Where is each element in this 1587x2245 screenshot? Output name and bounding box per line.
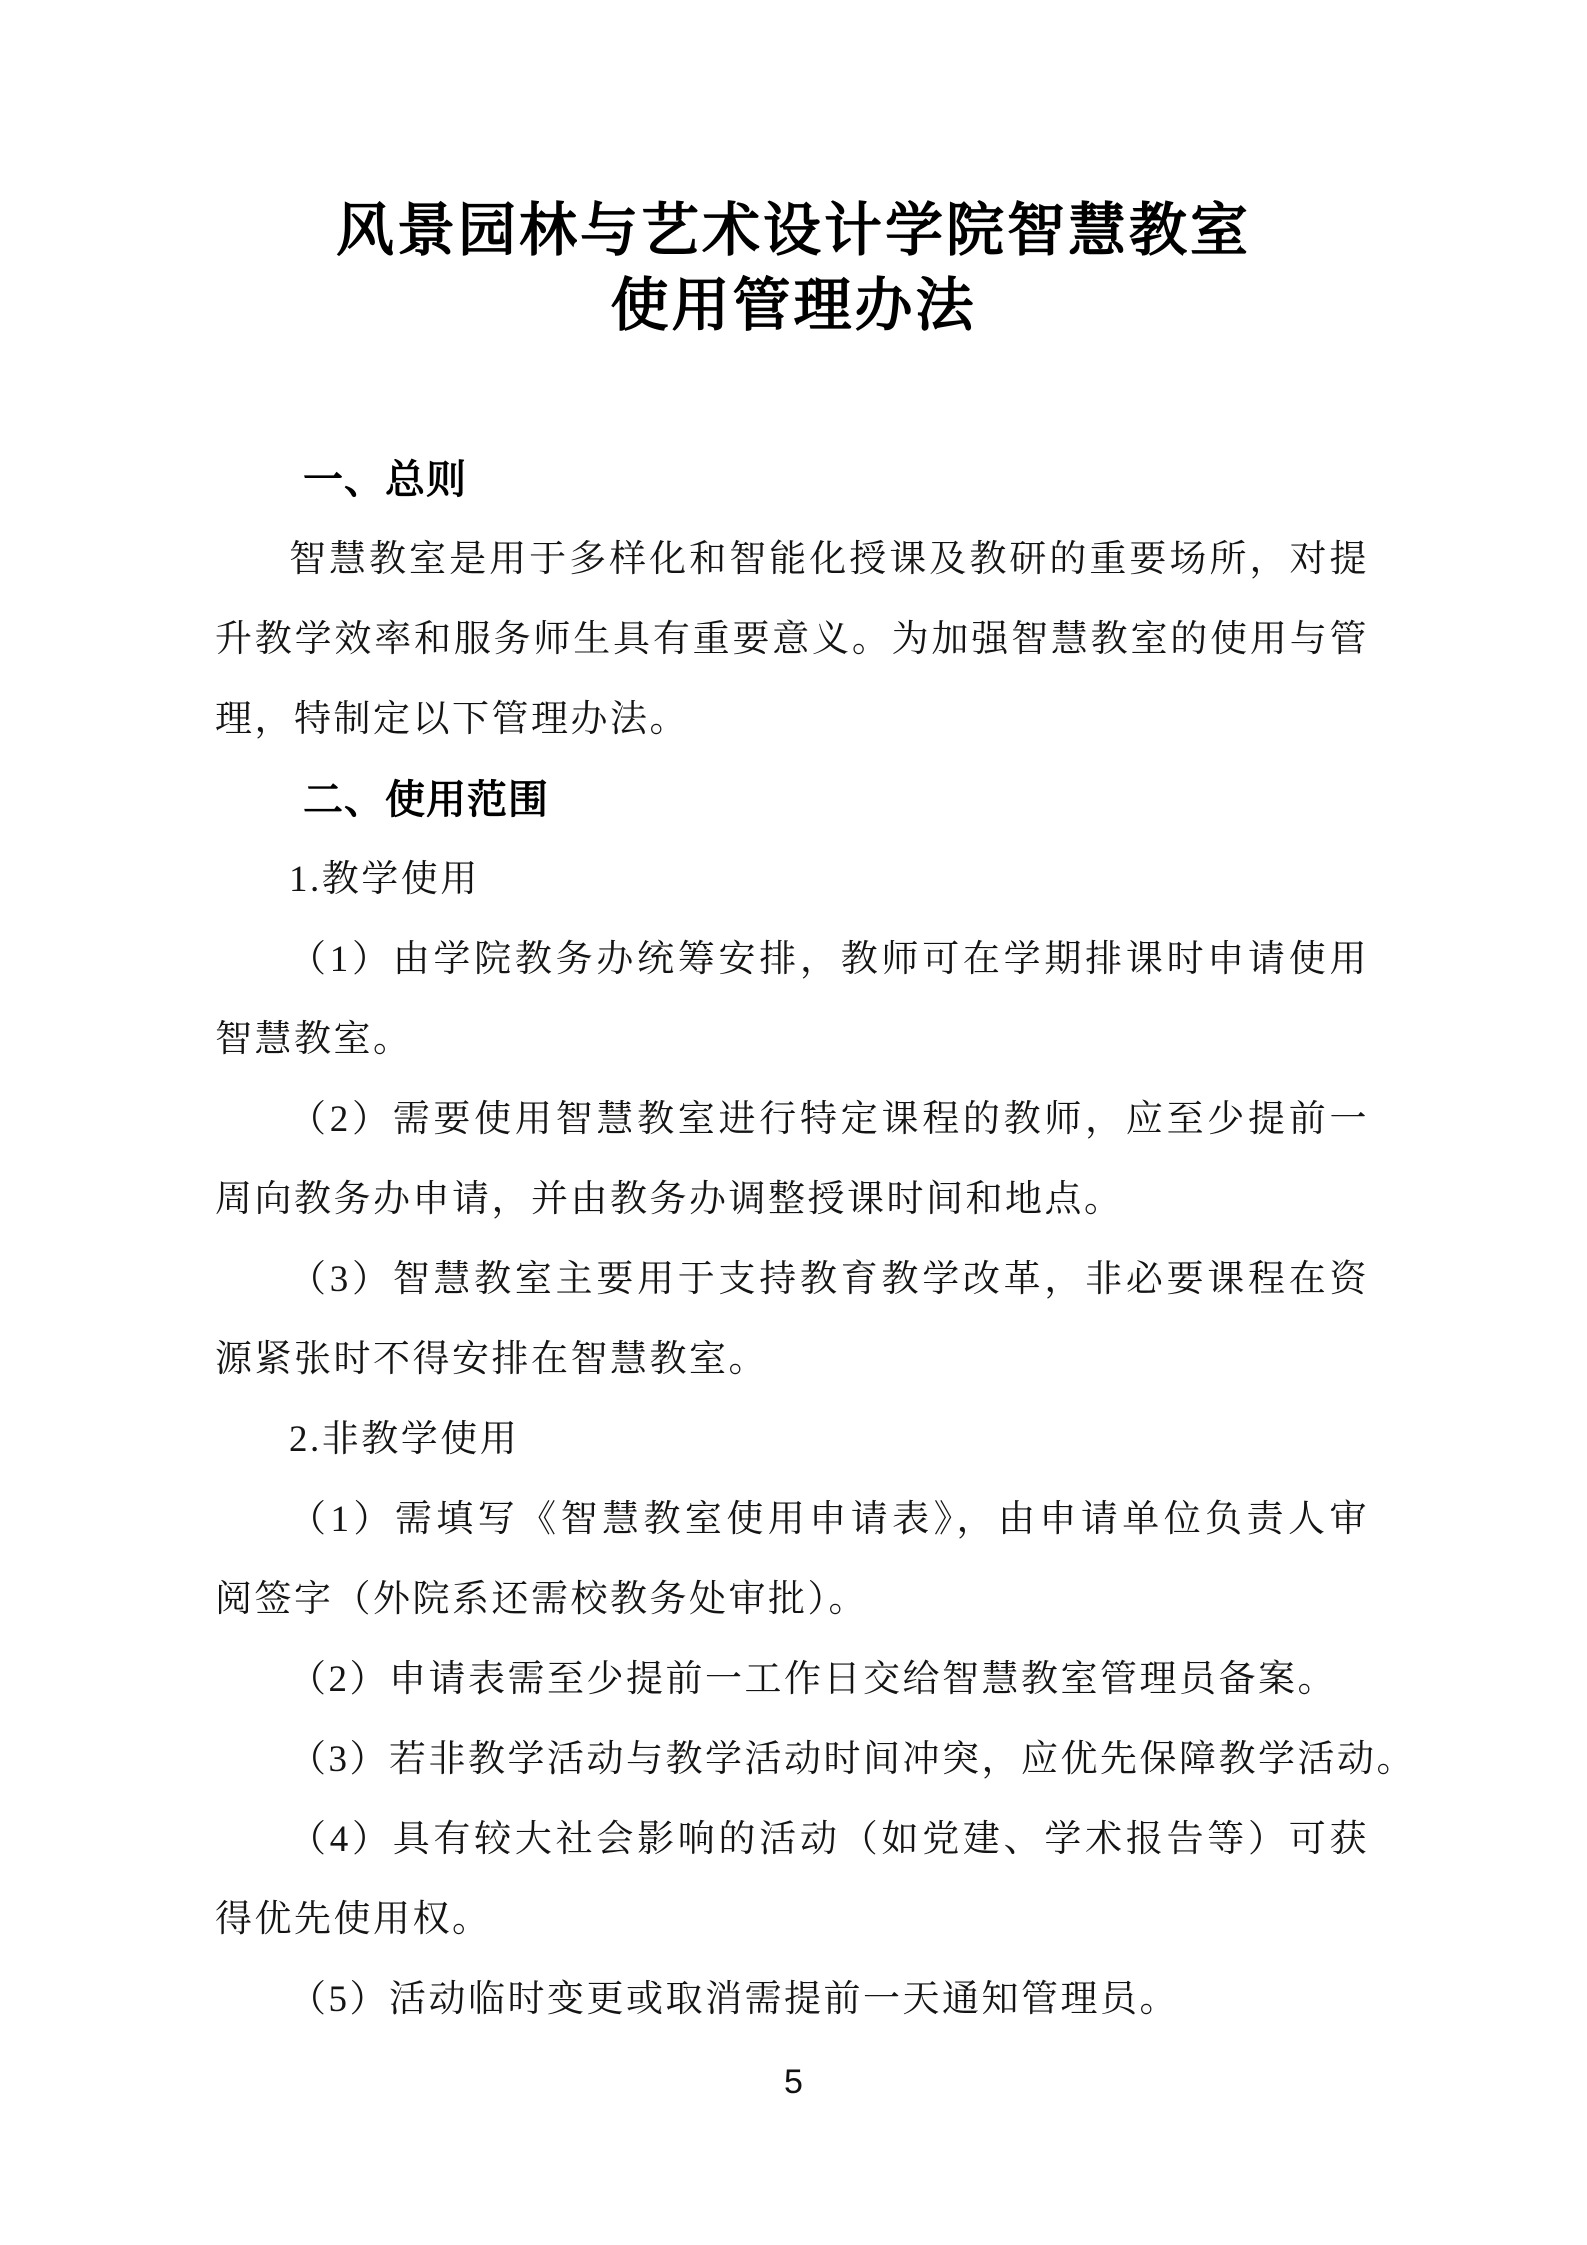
text-line: 理，特制定以下管理办法。 <box>215 680 1369 760</box>
text-line: （2）申请表需至少提前一工作日交给智慧教室管理员备案。 <box>215 1640 1369 1720</box>
text-line: 源紧张时不得安排在智慧教室。 <box>215 1320 1369 1400</box>
text-line: （5）活动临时变更或取消需提前一天通知管理员。 <box>215 1960 1369 2040</box>
text-line: 得优先使用权。 <box>215 1880 1369 1960</box>
document-title: 风景园林与艺术设计学院智慧教室使用管理办法 <box>0 193 1587 343</box>
text-line: （2）需要使用智慧教室进行特定课程的教师，应至少提前一 <box>215 1080 1369 1160</box>
text-line: 2.非教学使用 <box>215 1400 1369 1480</box>
text-line: 智慧教室。 <box>215 1000 1369 1080</box>
text-line: （3）智慧教室主要用于支持教育教学改革，非必要课程在资 <box>215 1240 1369 1320</box>
text-line: 智慧教室是用于多样化和智能化授课及教研的重要场所，对提 <box>215 520 1369 600</box>
text-line: （4）具有较大社会影响的活动（如党建、学术报告等）可获 <box>215 1800 1369 1880</box>
section-heading: 二、使用范围 <box>215 760 1369 840</box>
text-line: 升教学效率和服务师生具有重要意义。为加强智慧教室的使用与管 <box>215 600 1369 680</box>
text-line: 周向教务办申请，并由教务办调整授课时间和地点。 <box>215 1160 1369 1240</box>
text-line: 阅签字（外院系还需校教务处审批）。 <box>215 1560 1369 1640</box>
text-line: （3）若非教学活动与教学活动时间冲突，应优先保障教学活动。 <box>215 1720 1369 1800</box>
title-line: 使用管理办法 <box>0 268 1587 343</box>
page-number: 5 <box>0 2062 1587 2102</box>
section-heading: 一、总则 <box>215 440 1369 520</box>
document-page: 风景园林与艺术设计学院智慧教室使用管理办法 一、总则智慧教室是用于多样化和智能化… <box>0 0 1587 2245</box>
document-body: 一、总则智慧教室是用于多样化和智能化授课及教研的重要场所，对提升教学效率和服务师… <box>215 440 1369 2040</box>
text-line: 1.教学使用 <box>215 840 1369 920</box>
text-line: （1）需填写《智慧教室使用申请表》，由申请单位负责人审 <box>215 1480 1369 1560</box>
title-line: 风景园林与艺术设计学院智慧教室 <box>0 193 1587 268</box>
text-line: （1）由学院教务办统筹安排，教师可在学期排课时申请使用 <box>215 920 1369 1000</box>
